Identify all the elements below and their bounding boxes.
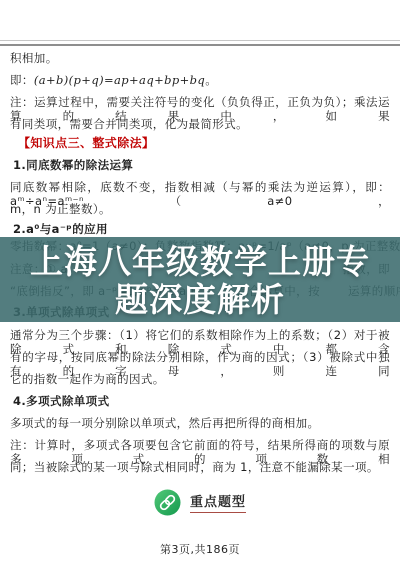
top-rule-dark [0, 44, 400, 46]
link-icon[interactable] [154, 489, 181, 516]
subsection-heading-2: 2.a⁰与a⁻ᵖ的应用 [13, 222, 390, 236]
subsection-heading-1: 1.同底数幂的除法运算 [13, 158, 390, 172]
doc-line: 多项式的每一项分别除以单项式，然后再把所得的商相加。 [10, 416, 390, 430]
doc-text: 积相加。 [10, 51, 58, 65]
binomial-product-formula: (a+b)(p+q)=ap+aq+bp+bq [34, 73, 205, 87]
doc-line: 有同类项，需要合并同类项，化为最简形式。 [10, 117, 390, 131]
formula-suffix: 。 [205, 73, 217, 87]
key-topics-link[interactable]: 重点题型 [190, 491, 246, 513]
doc-line: 它的指数一起作为商的因式。 [10, 372, 390, 386]
doc-line: 同；当被除式的某一项与除式相同时，商为 1，注意不能漏除某一项。 [10, 460, 390, 474]
key-topics-link-row: 重点题型 [0, 488, 400, 516]
document-page: 积相加。 即：(a+b)(p+q)=ap+aq+bp+bq。 注：运算过程中，需… [0, 0, 400, 565]
page-number-indicator: 第3页,共186页 [0, 541, 400, 557]
doc-line-formula: 即：(a+b)(p+q)=ap+aq+bp+bq。 [10, 73, 390, 87]
page-title: 上海八年级数学上册专 题深度解析 [0, 243, 400, 319]
page-title-line1: 上海八年级数学上册专 [0, 243, 400, 281]
section-heading: 【知识点三、整式除法】 [18, 136, 390, 150]
page-title-line2: 题深度解析 [0, 281, 400, 319]
doc-line: 积相加。 [10, 51, 390, 65]
doc-line: m，n 为正整数）。 [10, 202, 390, 216]
top-rule-light [0, 40, 400, 41]
subsection-heading-4: 4.多项式除单项式 [13, 394, 390, 408]
formula-prefix: 即： [10, 73, 34, 87]
